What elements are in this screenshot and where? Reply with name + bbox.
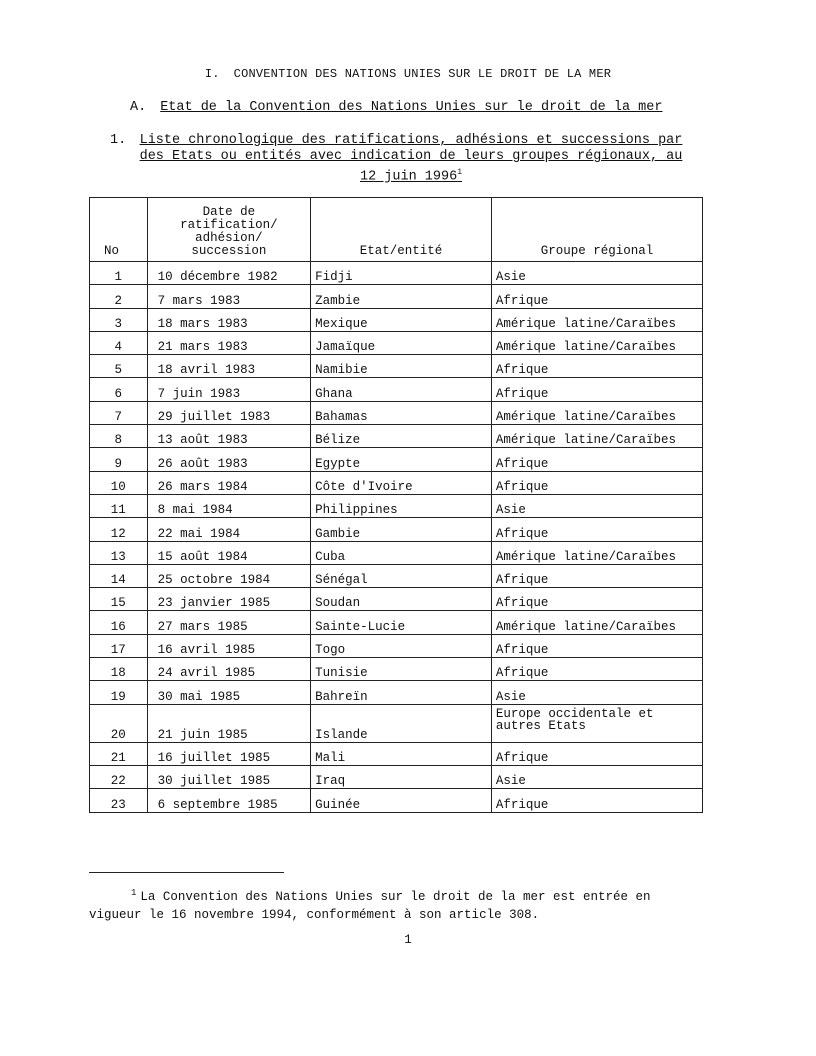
- cell-groupe: Afrique: [491, 448, 702, 471]
- list-heading-title: Liste chronologique des ratifications, a…: [140, 133, 683, 185]
- table-row: 27 mars 1983ZambieAfrique: [90, 285, 703, 308]
- cell-no: 16: [90, 611, 148, 634]
- header-etat: Etat/entité: [311, 198, 492, 262]
- cell-etat: Côte d'Ivoire: [311, 471, 492, 494]
- table-row: 518 avril 1983NamibieAfrique: [90, 355, 703, 378]
- cell-groupe: Amérique latine/Caraïbes: [491, 541, 702, 564]
- cell-no: 4: [90, 331, 148, 354]
- cell-etat: Bahamas: [311, 401, 492, 424]
- cell-groupe: Amérique latine/Caraïbes: [491, 611, 702, 634]
- table-row: 1425 octobre 1984SénégalAfrique: [90, 564, 703, 587]
- cell-date: 25 octobre 1984: [147, 564, 311, 587]
- cell-groupe: Afrique: [491, 564, 702, 587]
- cell-etat: Fidji: [311, 262, 492, 285]
- cell-groupe: Asie: [491, 262, 702, 285]
- table-row: 2230 juillet 1985IraqAsie: [90, 765, 703, 788]
- cell-no: 12: [90, 518, 148, 541]
- table-row: 1523 janvier 1985SoudanAfrique: [90, 588, 703, 611]
- cell-no: 18: [90, 658, 148, 681]
- table-row: 926 août 1983EgypteAfrique: [90, 448, 703, 471]
- cell-date: 16 juillet 1985: [147, 742, 311, 765]
- cell-no: 11: [90, 494, 148, 517]
- table-row: 2116 juillet 1985MaliAfrique: [90, 742, 703, 765]
- cell-no: 5: [90, 355, 148, 378]
- cell-groupe: Afrique: [491, 378, 702, 401]
- cell-etat: Sénégal: [311, 564, 492, 587]
- table-row: 67 juin 1983GhanaAfrique: [90, 378, 703, 401]
- cell-etat: Cuba: [311, 541, 492, 564]
- subsection-title: Etat de la Convention des Nations Unies …: [160, 100, 662, 115]
- section-title: CONVENTION DES NATIONS UNIES SUR LE DROI…: [234, 67, 611, 81]
- cell-etat: Mali: [311, 742, 492, 765]
- table-row: 1026 mars 1984Côte d'IvoireAfrique: [90, 471, 703, 494]
- cell-etat: Tunisie: [311, 658, 492, 681]
- cell-etat: Jamaïque: [311, 331, 492, 354]
- cell-date: 21 mars 1983: [147, 331, 311, 354]
- cell-date: 30 juillet 1985: [147, 765, 311, 788]
- cell-date: 8 mai 1984: [147, 494, 311, 517]
- cell-date: 24 avril 1985: [147, 658, 311, 681]
- cell-date: 18 mars 1983: [147, 308, 311, 331]
- cell-groupe: Asie: [491, 494, 702, 517]
- table-row: 1824 avril 1985TunisieAfrique: [90, 658, 703, 681]
- cell-groupe: Afrique: [491, 658, 702, 681]
- cell-etat: Iraq: [311, 765, 492, 788]
- cell-groupe: Afrique: [491, 634, 702, 657]
- cell-no: 17: [90, 634, 148, 657]
- header-no: No: [90, 198, 148, 262]
- table-row: 2021 juin 1985IslandeEurope occidentale …: [90, 704, 703, 742]
- cell-groupe: Afrique: [491, 789, 702, 812]
- table-body: 110 décembre 1982FidjiAsie27 mars 1983Za…: [90, 262, 703, 813]
- cell-etat: Ghana: [311, 378, 492, 401]
- cell-etat: Bélize: [311, 425, 492, 448]
- cell-no: 21: [90, 742, 148, 765]
- section-heading: I.CONVENTION DES NATIONS UNIES SUR LE DR…: [0, 67, 816, 81]
- table-row: 421 mars 1983JamaïqueAmérique latine/Car…: [90, 331, 703, 354]
- cell-date: 27 mars 1985: [147, 611, 311, 634]
- cell-groupe: Afrique: [491, 742, 702, 765]
- cell-etat: Togo: [311, 634, 492, 657]
- header-groupe: Groupe régional: [491, 198, 702, 262]
- cell-no: 3: [90, 308, 148, 331]
- cell-date: 21 juin 1985: [147, 704, 311, 742]
- cell-no: 15: [90, 588, 148, 611]
- cell-groupe: Afrique: [491, 285, 702, 308]
- footnote-marker: 1: [131, 888, 136, 898]
- list-heading-number: 1.: [110, 133, 126, 149]
- cell-no: 23: [90, 789, 148, 812]
- cell-etat: Egypte: [311, 448, 492, 471]
- cell-no: 2: [90, 285, 148, 308]
- cell-groupe: Asie: [491, 765, 702, 788]
- cell-groupe: Afrique: [491, 471, 702, 494]
- cell-date: 7 mars 1983: [147, 285, 311, 308]
- footnote-reference: 1: [457, 168, 462, 177]
- cell-groupe: Asie: [491, 681, 702, 704]
- table-row: 1222 mai 1984GambieAfrique: [90, 518, 703, 541]
- cell-etat: Philippines: [311, 494, 492, 517]
- cell-no: 14: [90, 564, 148, 587]
- table-row: 729 juillet 1983BahamasAmérique latine/C…: [90, 401, 703, 424]
- cell-date: 18 avril 1983: [147, 355, 311, 378]
- subsection-number: A.: [130, 100, 146, 115]
- cell-no: 13: [90, 541, 148, 564]
- cell-no: 19: [90, 681, 148, 704]
- table-row: 813 août 1983BélizeAmérique latine/Caraï…: [90, 425, 703, 448]
- table-row: 1716 avril 1985TogoAfrique: [90, 634, 703, 657]
- cell-groupe: Europe occidentale et autres Etats: [491, 704, 702, 742]
- cell-date: 6 septembre 1985: [147, 789, 311, 812]
- cell-no: 10: [90, 471, 148, 494]
- cell-groupe: Afrique: [491, 518, 702, 541]
- table-row: 318 mars 1983MexiqueAmérique latine/Cara…: [90, 308, 703, 331]
- footnote: 1La Convention des Nations Unies sur le …: [89, 884, 699, 924]
- cell-no: 8: [90, 425, 148, 448]
- footnote-separator: [89, 872, 284, 873]
- cell-groupe: Amérique latine/Caraïbes: [491, 308, 702, 331]
- table-row: 1315 août 1984CubaAmérique latine/Caraïb…: [90, 541, 703, 564]
- table-header-row: No Date de ratification/ adhésion/ succe…: [90, 198, 703, 262]
- cell-groupe: Afrique: [491, 355, 702, 378]
- cell-date: 15 août 1984: [147, 541, 311, 564]
- table-row: 236 septembre 1985GuinéeAfrique: [90, 789, 703, 812]
- cell-date: 26 août 1983: [147, 448, 311, 471]
- cell-etat: Zambie: [311, 285, 492, 308]
- cell-etat: Soudan: [311, 588, 492, 611]
- cell-etat: Sainte-Lucie: [311, 611, 492, 634]
- cell-no: 9: [90, 448, 148, 471]
- cell-date: 23 janvier 1985: [147, 588, 311, 611]
- cell-etat: Guinée: [311, 789, 492, 812]
- cell-no: 22: [90, 765, 148, 788]
- ratifications-table: No Date de ratification/ adhésion/ succe…: [89, 197, 703, 813]
- cell-etat: Bahreïn: [311, 681, 492, 704]
- cell-groupe: Afrique: [491, 588, 702, 611]
- table-row: 1627 mars 1985Sainte-LucieAmérique latin…: [90, 611, 703, 634]
- page-number: 1: [0, 933, 816, 947]
- cell-groupe: Amérique latine/Caraïbes: [491, 425, 702, 448]
- cell-date: 16 avril 1985: [147, 634, 311, 657]
- cell-no: 20: [90, 704, 148, 742]
- footnote-text: La Convention des Nations Unies sur le d…: [89, 890, 651, 922]
- cell-groupe: Amérique latine/Caraïbes: [491, 331, 702, 354]
- cell-no: 1: [90, 262, 148, 285]
- cell-date: 29 juillet 1983: [147, 401, 311, 424]
- cell-etat: Gambie: [311, 518, 492, 541]
- cell-etat: Islande: [311, 704, 492, 742]
- table-row: 118 mai 1984PhilippinesAsie: [90, 494, 703, 517]
- cell-date: 13 août 1983: [147, 425, 311, 448]
- subsection-heading: A.Etat de la Convention des Nations Unie…: [130, 100, 663, 115]
- cell-no: 7: [90, 401, 148, 424]
- cell-no: 6: [90, 378, 148, 401]
- list-heading: 1. Liste chronologique des ratifications…: [110, 133, 690, 186]
- table-row: 1930 mai 1985BahreïnAsie: [90, 681, 703, 704]
- cell-date: 10 décembre 1982: [147, 262, 311, 285]
- section-number: I.: [205, 67, 220, 81]
- header-date: Date de ratification/ adhésion/ successi…: [147, 198, 311, 262]
- cell-groupe: Amérique latine/Caraïbes: [491, 401, 702, 424]
- cell-etat: Namibie: [311, 355, 492, 378]
- cell-date: 7 juin 1983: [147, 378, 311, 401]
- cell-date: 26 mars 1984: [147, 471, 311, 494]
- cell-etat: Mexique: [311, 308, 492, 331]
- cell-date: 30 mai 1985: [147, 681, 311, 704]
- cell-date: 22 mai 1984: [147, 518, 311, 541]
- table-row: 110 décembre 1982FidjiAsie: [90, 262, 703, 285]
